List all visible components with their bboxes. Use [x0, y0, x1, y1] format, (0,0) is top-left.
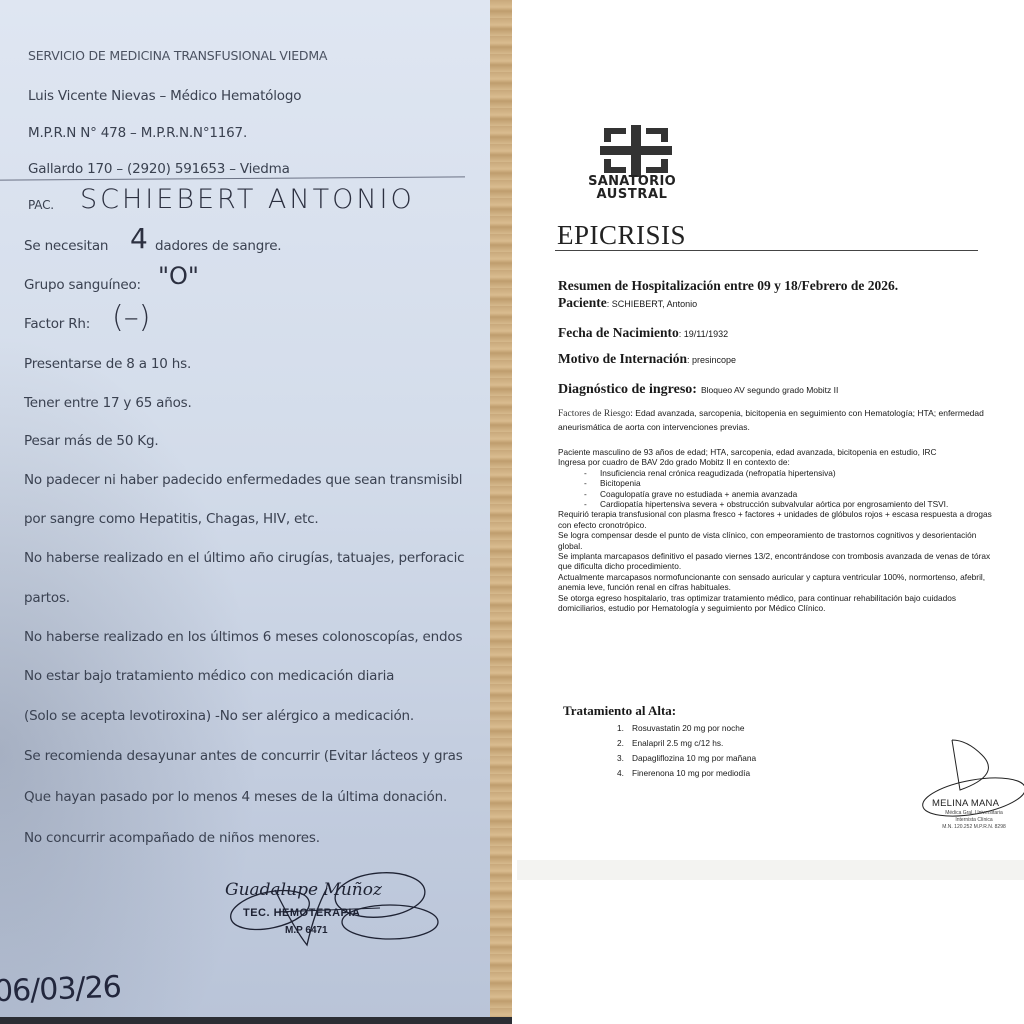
requirement: Que hayan pasado por lo menos 4 meses de… — [24, 789, 447, 805]
donors-suffix: dadores de sangre. — [155, 238, 281, 254]
context-item: Coagulopatía grave no estudiada + anemia… — [584, 489, 998, 499]
doctor-stamp-name: MELINA MANA — [932, 798, 999, 809]
requirement: Tener entre 17 y 65 años. — [24, 395, 192, 411]
medication-item: 1.Rosuvastatin 20 mg por noche — [617, 721, 756, 736]
medication-number: 1. — [617, 721, 632, 736]
clinical-paragraph: Se logra compensar desde el punto de vis… — [558, 530, 998, 551]
blood-group-label: Grupo sanguíneo: — [24, 277, 141, 293]
requirement: por sangre como Hepatitis, Chagas, HIV, … — [24, 511, 319, 527]
context-item: Bicitopenia — [584, 478, 998, 488]
requirement: No concurrir acompañado de niños menores… — [24, 830, 320, 846]
requirement: Presentarse de 8 a 10 hs. — [24, 356, 191, 372]
rh-value: (–) — [112, 300, 150, 335]
medication-item: 2.Enalapril 2.5 mg c/12 hs. — [617, 736, 756, 751]
clinical-paragraph: Actualmente marcapasos normofuncionante … — [558, 572, 998, 593]
medication-number: 2. — [617, 736, 632, 751]
divider — [0, 176, 465, 180]
medication-text: Rosuvastatin 20 mg por noche — [632, 723, 745, 733]
requirement: (Solo se acepta levotiroxina) -No ser al… — [24, 708, 414, 724]
context-list: Insuficiencia renal crónica reagudizada … — [558, 468, 998, 510]
signature-title: TEC. HEMOTERAPIA — [243, 907, 360, 919]
patient-label: PAC. — [28, 198, 54, 212]
cross-logo-icon — [600, 125, 672, 177]
requirement: No haberse realizado en el último año ci… — [24, 550, 464, 566]
admission-reason-label: Motivo de Internación — [558, 351, 687, 366]
date-handwritten: 06/03/26 — [0, 970, 121, 1009]
signature-name: Guadalupe Muñoz — [225, 880, 382, 900]
medication-text: Dapagliflozina 10 mg por mañana — [632, 753, 756, 763]
clinical-paragraph: Ingresa por cuadro de BAV 2do grado Mobi… — [558, 457, 998, 467]
rh-label: Factor Rh: — [24, 316, 90, 332]
requirement: Se recomienda desayunar antes de concurr… — [24, 748, 463, 764]
medication-text: Finerenona 10 mg por mediodía — [632, 768, 750, 778]
risk-factors-label: Factores de Riesgo: — [558, 409, 633, 419]
signature-registration: M.P 6471 — [285, 925, 328, 936]
birthdate-label: Fecha de Nacimiento — [558, 325, 679, 340]
clinical-paragraph: Paciente masculino de 93 años de edad; H… — [558, 447, 998, 457]
epicrisis-document: SANATORIO AUSTRAL EPICRISIS Resumen de H… — [517, 0, 1024, 860]
medication-number: 3. — [617, 751, 632, 766]
patient-label: Paciente — [558, 295, 607, 310]
requirement: partos. — [24, 590, 70, 606]
medication-list: 1.Rosuvastatin 20 mg por noche 2.Enalapr… — [617, 721, 756, 781]
diagnosis-label: Diagnóstico de ingreso: — [558, 382, 697, 397]
medication-number: 4. — [617, 766, 632, 781]
requirement: Pesar más de 50 Kg. — [24, 433, 158, 449]
hospitalization-summary: Resumen de Hospitalización entre 09 y 18… — [558, 278, 898, 294]
doctor-stamp-line: Internista Clínica — [924, 817, 1024, 823]
donors-count-handwritten: 4 — [130, 222, 148, 255]
admission-reason-field: Motivo de Internación: presincope — [558, 350, 736, 368]
doctor-name: Luis Vicente Nievas – Médico Hematólogo — [28, 88, 301, 104]
medication-text: Enalapril 2.5 mg c/12 hs. — [632, 738, 723, 748]
patient-name-handwritten: SCHIEBERT ANTONIO — [80, 184, 415, 215]
context-item: Cardiopatía hipertensiva severa + obstru… — [584, 499, 998, 509]
donor-requirements-sheet: SERVICIO DE MEDICINA TRANSFUSIONAL VIEDM… — [0, 0, 500, 1024]
doctor-stamp-line: Médica Gral. Universitaria — [924, 810, 1024, 816]
medication-item: 4.Finerenona 10 mg por mediodía — [617, 766, 756, 781]
patient-field: Paciente: SCHIEBERT, Antonio — [558, 294, 697, 312]
context-item: Insuficiencia renal crónica reagudizada … — [584, 468, 998, 478]
photo-bottom-edge — [0, 1017, 512, 1024]
blood-group-value: "O" — [158, 262, 199, 290]
document-title: EPICRISIS — [557, 220, 686, 251]
doctor-stamp-line: M.N. 120.252 M.P.R.N. 8298 — [924, 824, 1024, 830]
title-divider — [555, 250, 978, 251]
diagnosis-value: Bloqueo AV segundo grado Mobitz II — [701, 385, 838, 395]
diagnosis-field: Diagnóstico de ingreso:Bloqueo AV segund… — [558, 380, 838, 398]
doctor-registration: M.P.R.N N° 478 – M.P.R.N.N°1167. — [28, 125, 247, 141]
clinical-paragraph: Requirió terapia transfusional con plasm… — [558, 509, 998, 530]
logo-line2: AUSTRAL — [567, 188, 697, 201]
medication-item: 3.Dapagliflozina 10 mg por mañana — [617, 751, 756, 766]
table-edge — [490, 0, 512, 1024]
service-name: SERVICIO DE MEDICINA TRANSFUSIONAL VIEDM… — [28, 48, 327, 63]
clinical-paragraph: Se implanta marcapasos definitivo el pas… — [558, 551, 998, 572]
technician-signature-stamp: Guadalupe Muñoz TEC. HEMOTERAPIA M.P 647… — [215, 870, 445, 960]
admission-reason-value: : presincope — [687, 355, 736, 365]
page-gap — [517, 860, 1024, 880]
discharge-treatment-title: Tratamiento al Alta: — [563, 703, 676, 719]
requirement: No haberse realizado en los últimos 6 me… — [24, 629, 462, 645]
requirement: No estar bajo tratamiento médico con med… — [24, 668, 394, 684]
sanatorio-logo: SANATORIO AUSTRAL — [567, 120, 697, 205]
donors-prefix: Se necesitan — [24, 238, 108, 254]
requirement: No padecer ni haber padecido enfermedade… — [24, 472, 462, 488]
clinical-summary: Paciente masculino de 93 años de edad; H… — [558, 447, 998, 614]
birthdate-value: : 19/11/1932 — [679, 329, 728, 339]
birthdate-field: Fecha de Nacimiento: 19/11/1932 — [558, 324, 728, 342]
doctor-signature-stamp: MELINA MANA Médica Gral. Universitaria I… — [912, 735, 1024, 840]
blank-area — [517, 880, 1024, 1024]
service-address: Gallardo 170 – (2920) 591653 – Viedma — [28, 161, 290, 177]
patient-value: : SCHIEBERT, Antonio — [607, 299, 697, 309]
risk-factors: Factores de Riesgo: Edad avanzada, sarco… — [558, 407, 988, 434]
clinical-paragraph: Se otorga egreso hospitalario, tras opti… — [558, 593, 998, 614]
